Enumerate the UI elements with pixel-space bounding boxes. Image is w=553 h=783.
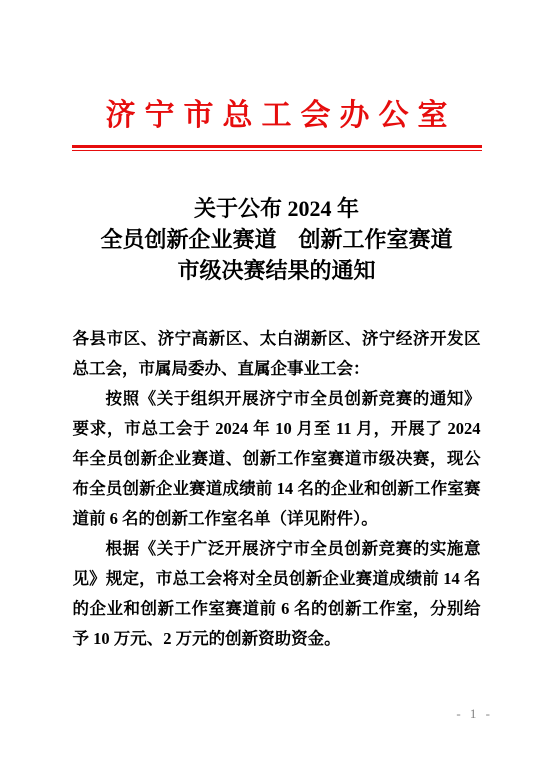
- document-title-line-3: 市级决赛结果的通知: [0, 255, 553, 286]
- document-title: 关于公布 2024 年 全员创新企业赛道 创新工作室赛道 市级决赛结果的通知: [0, 193, 553, 286]
- letterhead-issuer: 济宁市总工会办公室: [0, 96, 553, 136]
- salutation: 各县市区、济宁高新区、太白湖新区、济宁经济开发区总工会，市属局委办、直属企事业工…: [73, 324, 481, 384]
- paragraph: 根据《关于广泛开展济宁市全员创新竞赛的实施意见》规定，市总工会将对全员创新企业赛…: [73, 534, 481, 654]
- document-body: 各县市区、济宁高新区、太白湖新区、济宁经济开发区总工会，市属局委办、直属企事业工…: [73, 324, 481, 654]
- paragraph: 按照《关于组织开展济宁市全员创新竞赛的通知》要求，市总工会于 2024 年 10…: [73, 384, 481, 534]
- document-title-line-1: 关于公布 2024 年: [0, 193, 553, 224]
- letterhead-double-rule: [72, 145, 482, 151]
- document-title-line-2: 全员创新企业赛道 创新工作室赛道: [0, 224, 553, 255]
- page-number: - 1 -: [456, 706, 493, 722]
- document-page: 济宁市总工会办公室 关于公布 2024 年 全员创新企业赛道 创新工作室赛道 市…: [0, 0, 553, 783]
